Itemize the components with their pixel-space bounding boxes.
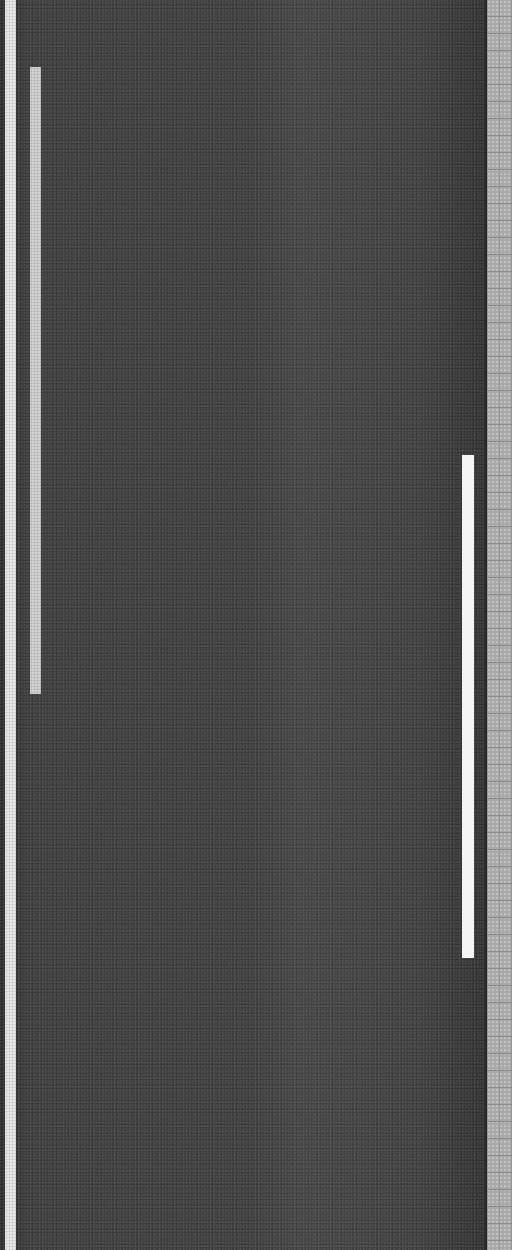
left-dashed-lane-marking <box>30 67 41 694</box>
paved-curb <box>487 0 512 1250</box>
right-dashed-lane-marking <box>462 455 474 958</box>
solid-edge-line <box>5 0 16 1250</box>
road-scene <box>0 0 512 1250</box>
asphalt-surface <box>0 0 487 1250</box>
